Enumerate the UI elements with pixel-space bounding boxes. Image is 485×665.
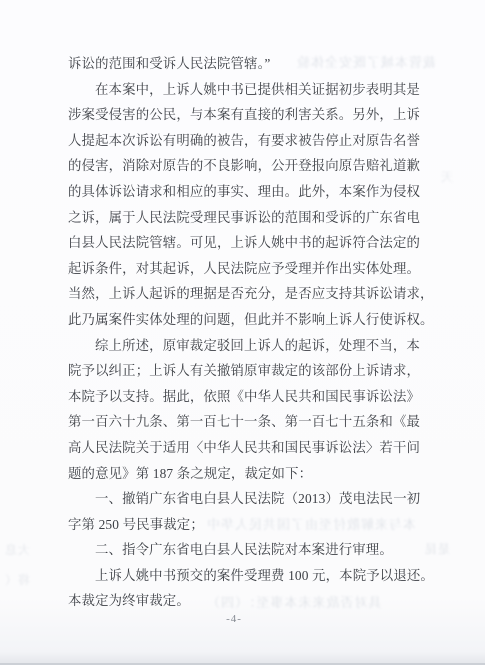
ruling-text-line: 涉案受侵害的公民，与本案有直接的利害关系。另外，上诉 bbox=[68, 102, 430, 128]
ruling-text-line: 白县人民法院管辖。可见，上诉人姚中书的起诉符合法定的 bbox=[68, 230, 430, 256]
ruling-text-line: 高人民法院关于适用〈中华人民共和国民事诉讼法〉若干问 bbox=[68, 435, 430, 461]
ruling-text-line: 当然，上诉人起诉的理据是否充分，是否应支持其诉讼请求， bbox=[68, 281, 430, 307]
ruling-text-line: 之诉，属于人民法院受理民事诉讼的范围和受诉的广东省电 bbox=[68, 205, 430, 231]
ruling-text-line: 上诉人姚中书预交的案件受理费 100 元，本院予以退还。 bbox=[68, 563, 430, 589]
ruling-text-line: 起诉条件，对其起诉，人民法院应予受理并作出实体处理。 bbox=[68, 256, 430, 282]
ruling-text-line: 本院予以支持。据此，依照《中华人民共和国民事诉讼法》 bbox=[68, 384, 430, 410]
bleedthrough-artifact: 将（ bbox=[4, 571, 30, 588]
ruling-text-line: 二、指令广东省电白县人民法院对本案进行审理。 bbox=[68, 537, 430, 563]
page-number: -4- bbox=[214, 613, 254, 625]
ruling-text-line: 字第 250 号民事裁定； bbox=[68, 512, 430, 538]
ruling-text-line: 诉讼的范围和受诉人民法院管辖。” bbox=[68, 51, 430, 77]
scanned-page: 裁管本城了既安全体验 天 本与来解散付至由了国共民人华中 是昆 大息 将（ 具对… bbox=[0, 0, 485, 665]
ruling-text-line: 第一百六十九条、第一百七十一条、第一百七十五条和《最 bbox=[68, 409, 430, 435]
ruling-text-line: 此乃属案件实体处理的问题，但此并不影响上诉人行使诉权。 bbox=[68, 307, 430, 333]
bleedthrough-artifact: 大息 bbox=[4, 541, 30, 558]
ruling-body: 诉讼的范围和受诉人民法院管辖。” 在本案中，上诉人姚中书已提供相关证据初步表明其… bbox=[68, 51, 430, 614]
bleedthrough-artifact: 天 bbox=[440, 168, 453, 185]
ruling-text-line: 题的意见》第 187 条之规定，裁定如下： bbox=[68, 461, 430, 487]
ruling-text-line: 综上所述，原审裁定驳回上诉人的起诉，处理不当，本 bbox=[68, 333, 430, 359]
ruling-text-line: 的具体诉讼请求和相应的事实、理由。此外，本案作为侵权 bbox=[68, 179, 430, 205]
ruling-text-line: 人提起本次诉讼有明确的被告，有要求被告停止对原告名誉 bbox=[68, 128, 430, 154]
ruling-text-line: 院予以纠正；上诉人有关撤销原审裁定的该部份上诉请求， bbox=[68, 358, 430, 384]
ruling-text-line: 的侵害，消除对原告的不良影响，公开登报向原告赔礼道歉 bbox=[68, 153, 430, 179]
ruling-text-line: 在本案中，上诉人姚中书已提供相关证据初步表明其是 bbox=[68, 77, 430, 103]
ruling-text-line: 一、撤销广东省电白县人民法院（2013）茂电法民一初 bbox=[68, 486, 430, 512]
ruling-text-line: 本裁定为终审裁定。 bbox=[68, 588, 430, 614]
